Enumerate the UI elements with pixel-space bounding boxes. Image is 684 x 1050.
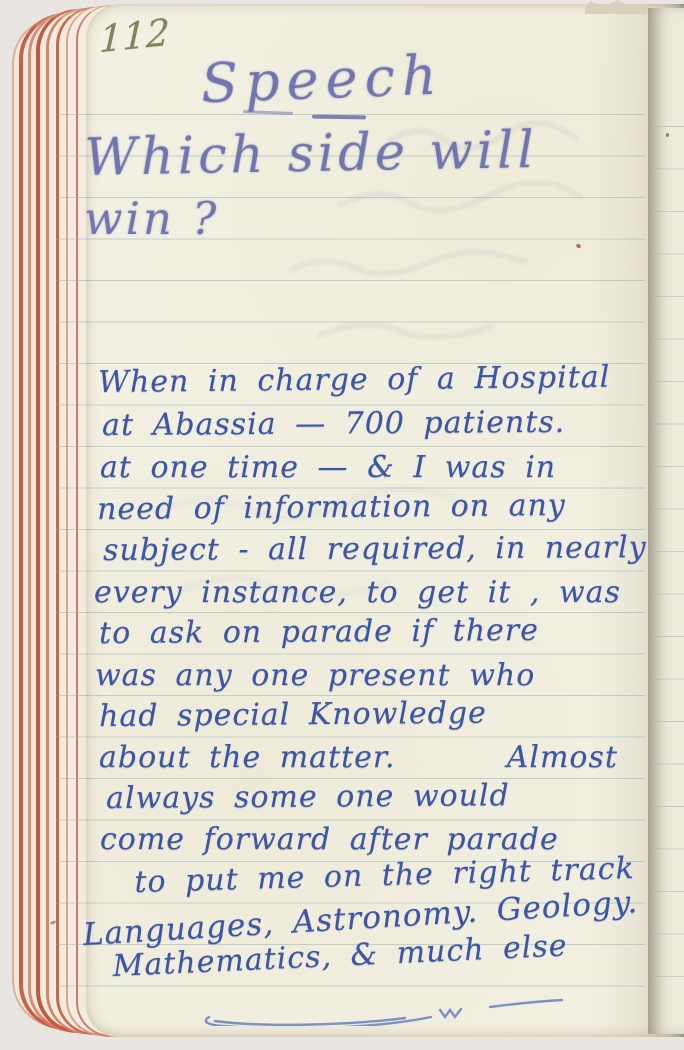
body-line: had special Knowledge	[99, 697, 487, 733]
body-line: about the matter. Almost	[99, 741, 618, 774]
body-line: When in charge of a Hospital	[98, 361, 610, 399]
notebook-scan: 112 Speech Which side will win ? When in…	[0, 0, 684, 1050]
paper-speck	[666, 133, 669, 137]
header-line: Which side will	[84, 123, 538, 187]
page-title: Speech	[200, 46, 444, 114]
header-line: win ?	[84, 194, 219, 244]
body-line: come forward after parade	[100, 823, 559, 856]
body-line: at one time — & I was in	[100, 451, 556, 484]
body-line: need of information on any	[97, 489, 566, 526]
next-page-sliver	[648, 8, 684, 1034]
flourish-mark	[185, 990, 580, 1026]
torn-paper-fragment	[585, 0, 647, 14]
ruled-lines	[654, 126, 684, 994]
body-line: was any one present who	[95, 659, 535, 692]
body-line: always some one would	[106, 779, 510, 815]
page-number: 112	[99, 13, 171, 61]
body-line: every instance, to get it , was	[94, 576, 621, 609]
body-line: subject - all required, in nearly	[103, 531, 647, 567]
body-line: at Abassia — 700 patients.	[102, 406, 565, 442]
body-line: to ask on parade if there	[99, 614, 539, 650]
